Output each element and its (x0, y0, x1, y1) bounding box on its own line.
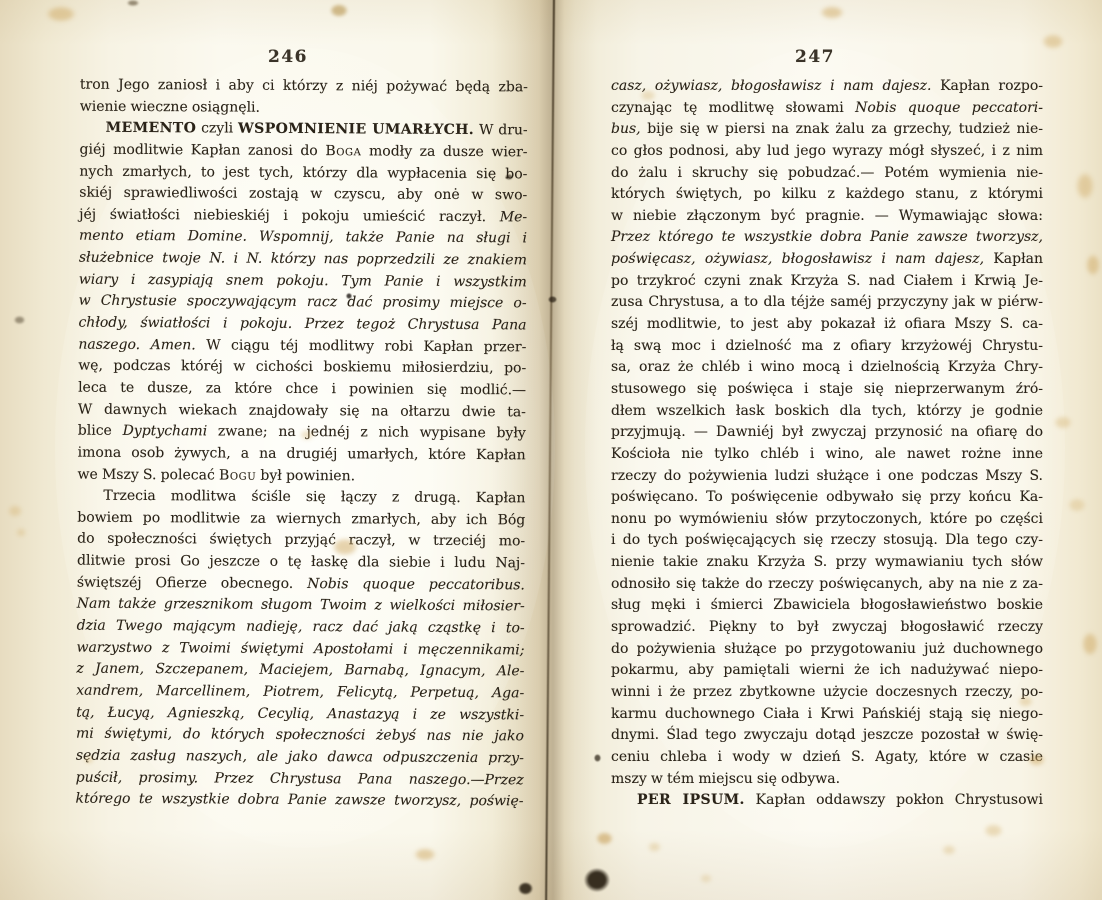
text-line: bowiem po modlitwie za wiernych zmarłych… (77, 507, 525, 531)
stain (8, 505, 22, 517)
text-line: do żalu i skruchy się pobudzać.— Potém w… (611, 163, 1043, 185)
text-line: którego te wszystkie dobra Panie zawsze … (76, 789, 524, 813)
text-line: tron Jego zaniosł i aby ci którzy z niéj… (80, 75, 528, 99)
text-line: puścił, prosimy. Przez Chrystusa Pana na… (76, 767, 524, 791)
text-line: dłem wszelkich łask boskich dla tych, kt… (611, 401, 1043, 423)
page-number-right: 247 (599, 47, 1031, 67)
stain (584, 868, 610, 892)
text-line: PER IPSUM. Kapłan oddawszy pokłon Chryst… (611, 790, 1043, 812)
text-line: blice Dyptychami zwane; na jednéj z nich… (78, 421, 526, 445)
text-line: imona osob żywych, a na drugiéj umarłych… (78, 443, 526, 467)
text-line: czynając tę modlitwę słowami Nobis quoqu… (611, 98, 1043, 120)
text-line: warzystwo z Twoimi świętymi Apostołami i… (76, 637, 524, 661)
text-line: poświęcano. To poświęcenie odbywało się … (611, 487, 1043, 509)
text-line: sprowadzić. Piękny to był zwyczaj błogos… (611, 617, 1043, 639)
page-number-left: 246 (64, 47, 512, 67)
text-line: dnymi. Ślad tego zwyczaju dotąd jeszcze … (611, 725, 1043, 747)
stain (1068, 498, 1086, 512)
text-line: W dawnych wiekach znajdowały się na ołta… (78, 399, 526, 423)
text-line: nych zmarłych, to jest tych, którzy dla … (79, 161, 527, 185)
text-line: xandrem, Marcellinem, Piotrem, Felicytą,… (76, 681, 524, 705)
text-line: tą, Łucyą, Agnieszką, Cecylią, Anastazyą… (76, 702, 524, 726)
text-line: MEMENTO czyli WSPOMNIENIE UMARŁYCH. W dr… (80, 118, 528, 142)
stain (46, 6, 76, 22)
text-line: i do tych poświęcających się rzeczy stos… (611, 530, 1043, 552)
text-line: przyjmują. — Dawniéj był zwyczaj przynos… (611, 422, 1043, 444)
text-line: stusowego się poświęca i staje się niepr… (611, 379, 1043, 401)
text-line: w niebie złączonym być pragnie. — Wymawi… (611, 206, 1043, 228)
text-line: pokarmu, aby pamiętali wierni że ich nad… (611, 660, 1043, 682)
text-line: mi świętymi, do których społeczności żeb… (76, 724, 524, 748)
text-line: széj modlitwie, to jest aby pokazał iż o… (611, 314, 1043, 336)
text-line: do społeczności świętych przyjąć raczył,… (77, 529, 525, 553)
text-line: zusa Chrystusa, a to dla téjże saméj prz… (611, 292, 1043, 314)
page-246-text: tron Jego zaniosł i aby ci którzy z niéj… (76, 75, 528, 814)
text-line: odnosiło się także do rzeczy poświęcanyc… (611, 574, 1043, 596)
stain (1082, 632, 1098, 656)
text-line: karmu duchownego Ciała i Krwi Pańskiéj s… (611, 704, 1043, 726)
stain (548, 296, 557, 303)
text-line: w Chrystusie spoczywającym racz dać pros… (79, 291, 527, 315)
text-line: nienie takie znaku Krzyża S. przy wymawi… (611, 552, 1043, 574)
stain (1054, 416, 1072, 429)
stain (16, 528, 26, 537)
text-line: których świętych, po kilku z każdego sta… (611, 184, 1043, 206)
text-line: casz, ożywiasz, błogosławisz i nam dajes… (611, 76, 1043, 98)
text-line: jéj światłości niebieskiéj i pokoju umie… (79, 204, 527, 228)
text-line: winni i że przez zbytkowne użycie doczes… (611, 682, 1043, 704)
text-line: leca te dusze, za które chce i powinien … (78, 378, 526, 402)
text-line: co głos podnosi, aby lud jego wyrazy móg… (611, 141, 1043, 163)
text-line: służebnice twoje N. i N. którzy nas popr… (79, 248, 527, 272)
text-line: wę, podczas któréj w cichości boskiemu m… (78, 356, 526, 380)
text-line: dlitwie prosi Go jeszcze o tę łaskę dla … (77, 551, 525, 575)
page-247: 247 casz, ożywiasz, błogosławisz i nam d… (611, 0, 1043, 900)
text-line: skiéj sprawiedliwości zostają w czyscu, … (79, 183, 527, 207)
text-line: mszy w tém miejscu się odbywa. (611, 769, 1043, 791)
text-line: mento etiam Domine. Wspomnij, także Pani… (79, 226, 527, 250)
text-line: do pożywienia służące po przygotowaniu j… (611, 639, 1043, 661)
text-line: ceniu chleba i wody w dzień S. Agaty, kt… (611, 747, 1043, 769)
text-line: dzia Twego mającym nadieję, racz dać jak… (77, 616, 525, 640)
stain (1076, 172, 1094, 200)
text-line: łą swą moc i dzielność ma z ofiary krzyż… (611, 336, 1043, 358)
text-line: sług męki i śmierci Zbawiciela błogosław… (611, 595, 1043, 617)
text-line: poświęcasz, ożywiasz, błogosławisz i nam… (611, 249, 1043, 271)
text-line: chłody, światłości i pokoju. Przez tegoż… (78, 313, 526, 337)
gutter-crease-line (545, 0, 555, 900)
stain (1086, 254, 1100, 276)
page-247-text: casz, ożywiasz, błogosławisz i nam dajes… (611, 76, 1043, 812)
text-line: we Mszy S. polecać Bogu był powinien. (77, 464, 525, 488)
text-line: nonu po wymówieniu słów przytoczonych, k… (611, 509, 1043, 531)
text-line: giéj modlitwie Kapłan zanosi do Boga mod… (79, 140, 527, 164)
text-line: po trzykroć czyni znak Krzyża S. nad Cia… (611, 271, 1043, 293)
stain (594, 754, 601, 762)
text-line: Nam także grzesznikom sługom Twoim z wie… (77, 594, 525, 618)
text-line: wiary i zasypiają snem pokoju. Tym Panie… (79, 269, 527, 293)
text-line: bus, bije się w piersi na znak żalu za g… (611, 119, 1043, 141)
stain (1042, 34, 1064, 49)
scanned-book-spread: 246 tron Jego zaniosł i aby ci którzy z … (0, 0, 1102, 900)
text-line: sędzia zasług naszych, ale jako dawca od… (76, 745, 524, 769)
text-line: Kościoła nie tylko chléb i wino, ale naw… (611, 444, 1043, 466)
text-line: sa, oraz że chléb i wino mocą i dzielnoś… (611, 357, 1043, 379)
text-line: Przez którego te wszystkie dobra Panie z… (611, 227, 1043, 249)
stain (14, 316, 25, 324)
text-line: Trzecia modlitwa ściśle się łączy z drug… (77, 486, 525, 510)
text-line: rzeczy do pożywienia ludzi służące i one… (611, 466, 1043, 488)
text-line: wienie wieczne osiągnęli. (80, 96, 528, 120)
text-line: naszego. Amen. W ciągu téj modlitwy robi… (78, 334, 526, 358)
text-line: z Janem, Szczepanem, Maciejem, Barnabą, … (76, 659, 524, 683)
text-line: świętszéj Ofierze obecnego. Nobis quoque… (77, 572, 525, 596)
page-246: 246 tron Jego zaniosł i aby ci którzy z … (80, 0, 528, 900)
